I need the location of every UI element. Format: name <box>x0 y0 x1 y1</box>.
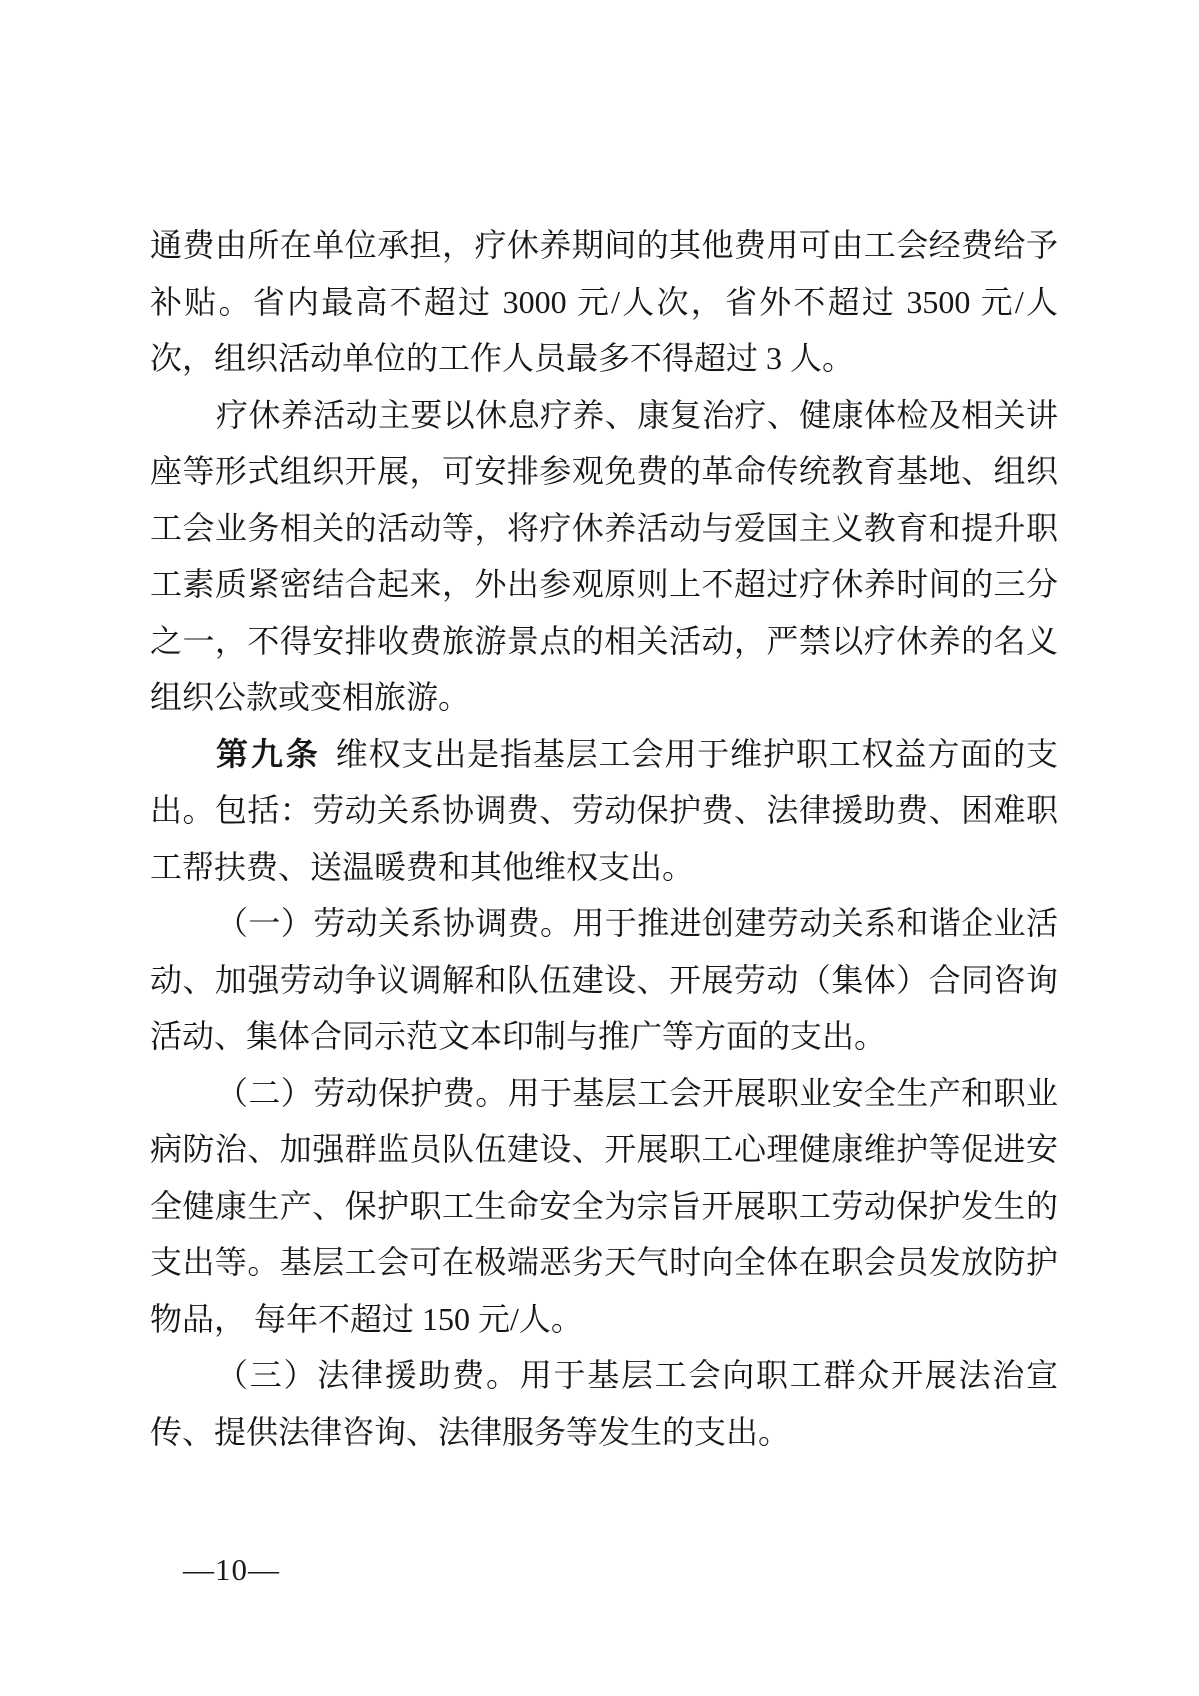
document-page: 通费由所在单位承担，疗休养期间的其他费用可由工会经费给予补贴。省内最高不超过 3… <box>0 0 1199 1696</box>
paragraph-continuation-subsidy: 通费由所在单位承担，疗休养期间的其他费用可由工会经费给予补贴。省内最高不超过 3… <box>150 217 1058 387</box>
page-number: —10— <box>183 1552 280 1588</box>
document-body: 通费由所在单位承担，疗休养期间的其他费用可由工会经费给予补贴。省内最高不超过 3… <box>150 217 1058 1460</box>
paragraph-item-3-legal-aid: （三）法律援助费。用于基层工会向职工群众开展法治宣传、提供法律咨询、法律服务等发… <box>150 1347 1058 1460</box>
paragraph-item-2-labor-protection: （二）劳动保护费。用于基层工会开展职业安全生产和职业病防治、加强群监员队伍建设、… <box>150 1065 1058 1348</box>
paragraph-item-1-labor-relations: （一）劳动关系协调费。用于推进创建劳动关系和谐企业活动、加强劳动争议调解和队伍建… <box>150 895 1058 1065</box>
paragraph-recuperation-activities: 疗休养活动主要以休息疗养、康复治疗、健康体检及相关讲座等形式组织开展，可安排参观… <box>150 387 1058 726</box>
article-9-number: 第九条 <box>216 736 321 772</box>
paragraph-article-9: 第九条维权支出是指基层工会用于维护职工权益方面的支出。包括：劳动关系协调费、劳动… <box>150 726 1058 896</box>
